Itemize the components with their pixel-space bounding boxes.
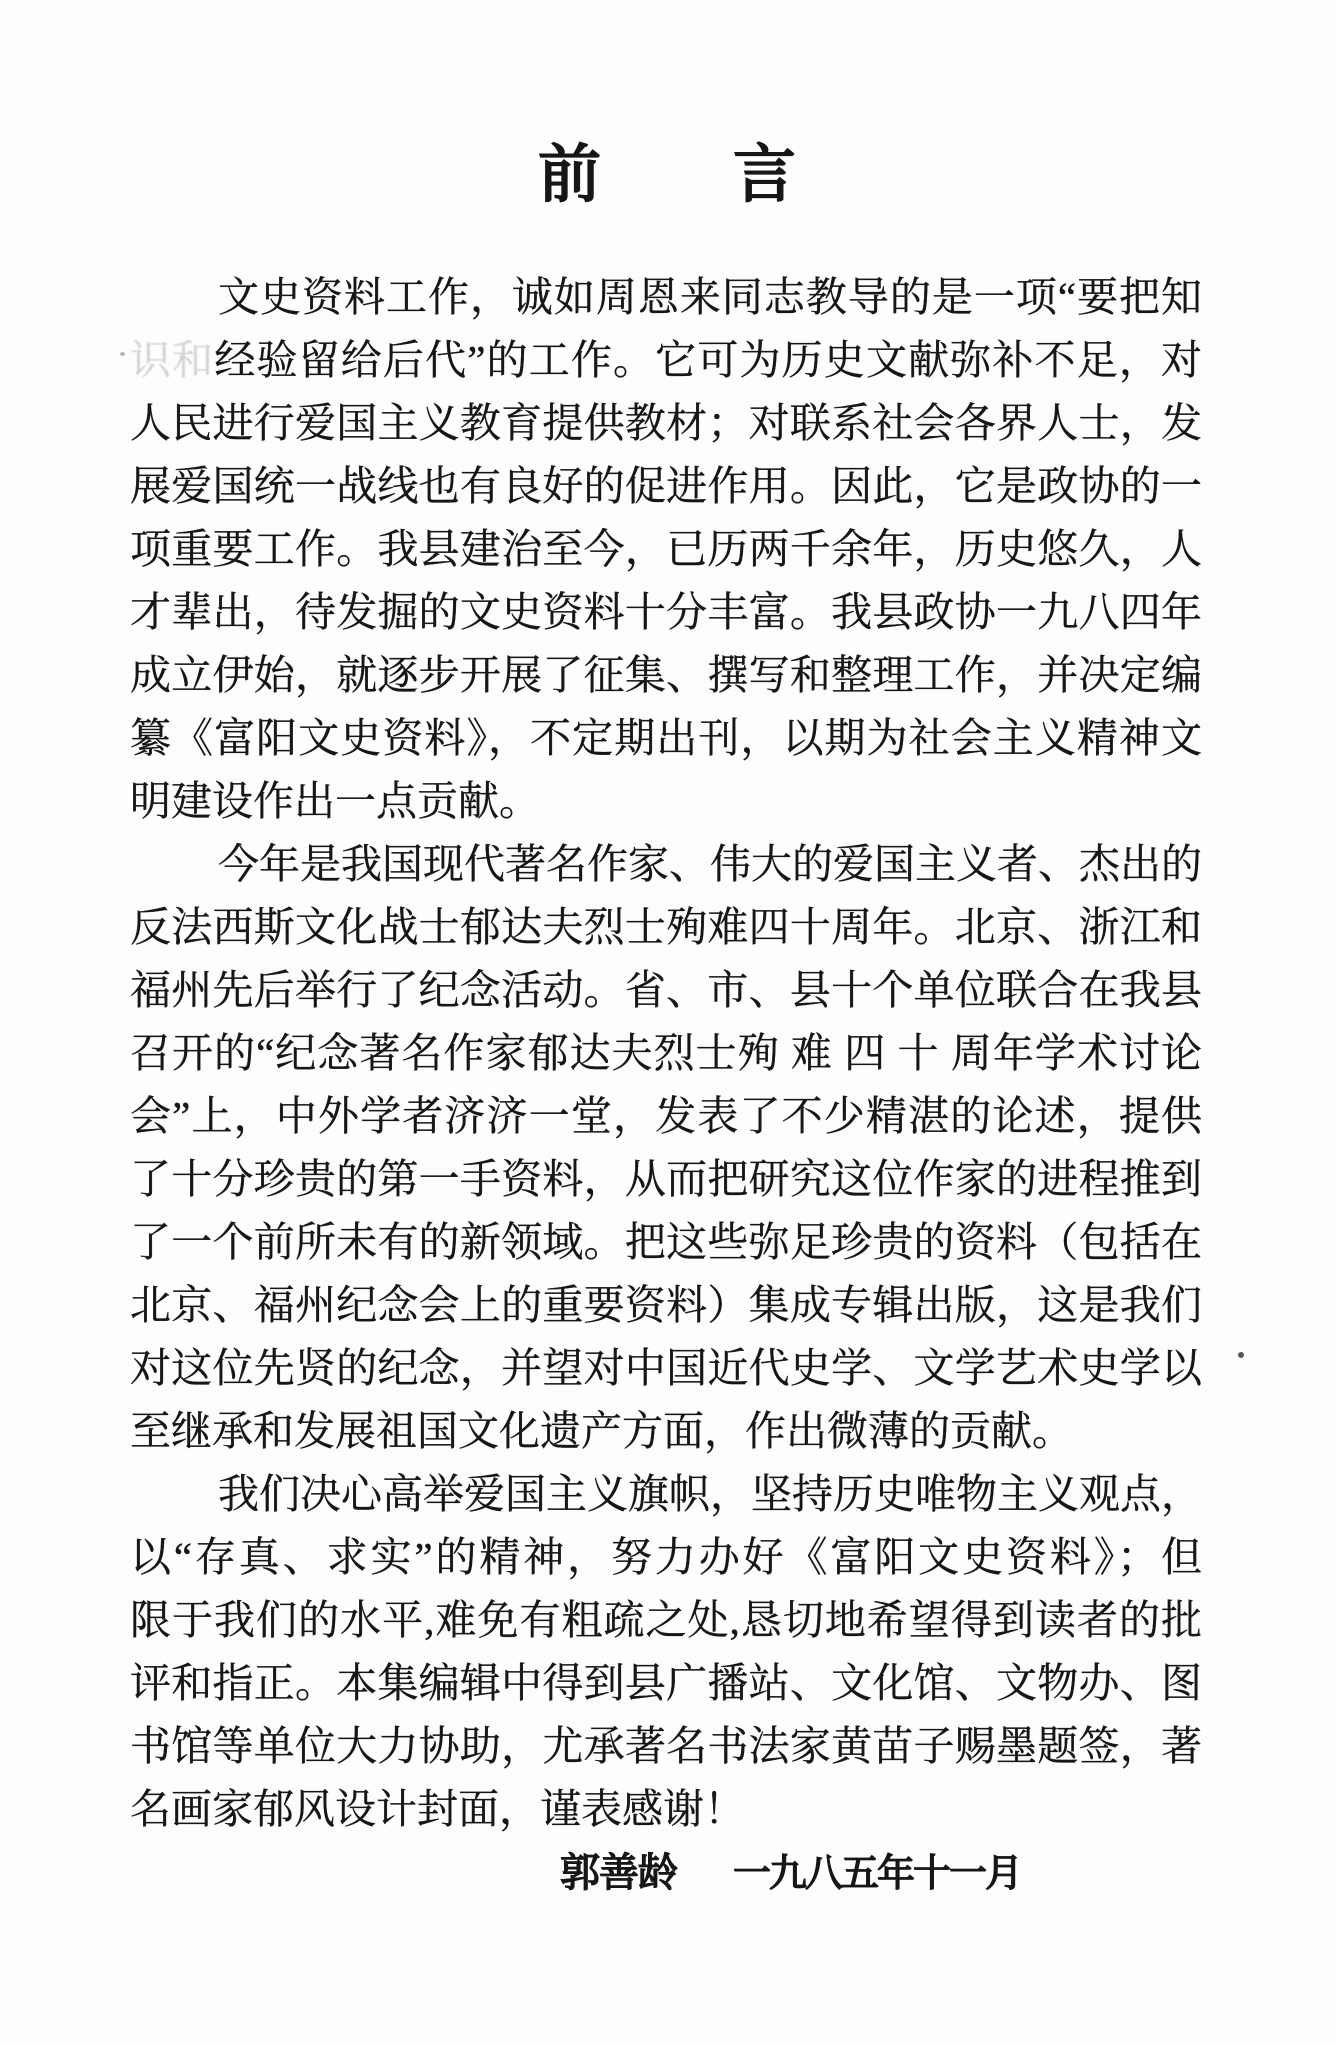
- text-line: 评和指正。本集编辑中得到县广播站、文化馆、文物办、图: [130, 1652, 1202, 1715]
- text-line: 名画家郁风设计封面，谨表感谢！: [130, 1778, 1202, 1841]
- page-title-char-2: 言: [733, 141, 796, 210]
- text-line: 我们决心高举爱国主义旗帜，坚持历史唯物主义观点，: [130, 1463, 1202, 1526]
- text-line: 会”上，中外学者济济一堂，发表了不少精湛的论述，提供: [130, 1085, 1202, 1148]
- text-line: 至继承和发展祖国文化遗产方面，作出微薄的贡献。: [130, 1400, 1202, 1463]
- text-line: 展爱国统一战线也有良好的促进作用。因此，它是政协的一: [130, 455, 1202, 518]
- text-line: 识和经验留给后代”的工作。它可为历史文献弥补不足，对: [130, 329, 1202, 392]
- signature-date: 一九八五年十一月: [733, 1843, 1021, 1906]
- text-line: 了一个前所未有的新领域。把这些弥足珍贵的资料（包括在: [130, 1211, 1202, 1274]
- text-line: 人民进行爱国主义教育提供教材；对联系社会各界人士，发: [130, 392, 1202, 455]
- scan-speckle: [120, 352, 125, 356]
- text-line: 今年是我国现代著名作家、伟大的爱国主义者、杰出的: [130, 833, 1202, 896]
- text-line: 北京、福州纪念会上的重要资料）集成专辑出版，这是我们: [130, 1274, 1202, 1337]
- text-line: 明建设作出一点贡献。: [130, 770, 1202, 833]
- text-line-rest: 经验留给后代”的工作。它可为历史文献弥补不足，对: [214, 337, 1202, 383]
- text-line: 对这位先贤的纪念，并望对中国近代史学、文学艺术史学以: [130, 1337, 1202, 1400]
- faded-ink-text: 识和: [130, 337, 214, 383]
- preface-body: 文史资料工作，诚如周恩来同志教导的是一项“要把知 识和经验留给后代”的工作。它可…: [130, 266, 1202, 1904]
- text-line: 反法西斯文化战士郁达夫烈士殉难四十周年。北京、浙江和: [130, 896, 1202, 959]
- page-title: 前 言: [538, 141, 796, 210]
- signature-author: 郭善龄: [560, 1841, 677, 1904]
- scan-speckle: [1238, 1352, 1244, 1358]
- text-line: 召开的“纪念著名作家郁达夫烈士殉 难 四 十 周年学术讨论: [130, 1022, 1202, 1085]
- signature-row: 郭善龄 一九八五年十一月: [130, 1841, 1202, 1904]
- text-line: 书馆等单位大力协助，尤承著名书法家黄苗子赐墨题签，著: [130, 1715, 1202, 1778]
- text-line: 项重要工作。我县建治至今，已历两千余年，历史悠久，人: [130, 518, 1202, 581]
- scanned-page: 前 言 文史资料工作，诚如周恩来同志教导的是一项“要把知 识和经验留给后代”的工…: [0, 0, 1336, 2045]
- text-line: 才辈出，待发掘的文史资料十分丰富。我县政协一九八四年: [130, 581, 1202, 644]
- text-line: 了十分珍贵的第一手资料，从而把研究这位作家的进程推到: [130, 1148, 1202, 1211]
- text-line: 福州先后举行了纪念活动。省、市、县十个单位联合在我县: [130, 959, 1202, 1022]
- text-line: 纂《富阳文史资料》，不定期出刊，以期为社会主义精神文: [130, 707, 1202, 770]
- text-line: 成立伊始，就逐步开展了征集、撰写和整理工作，并决定编: [130, 644, 1202, 707]
- text-line: 以“存真、求实”的精神，努力办好《富阳文史资料》；但: [130, 1526, 1202, 1589]
- text-line: 文史资料工作，诚如周恩来同志教导的是一项“要把知: [130, 266, 1202, 329]
- page-title-char-1: 前: [538, 141, 601, 210]
- text-line: 限于我们的水平,难免有粗疏之处,恳切地希望得到读者的批: [130, 1589, 1202, 1652]
